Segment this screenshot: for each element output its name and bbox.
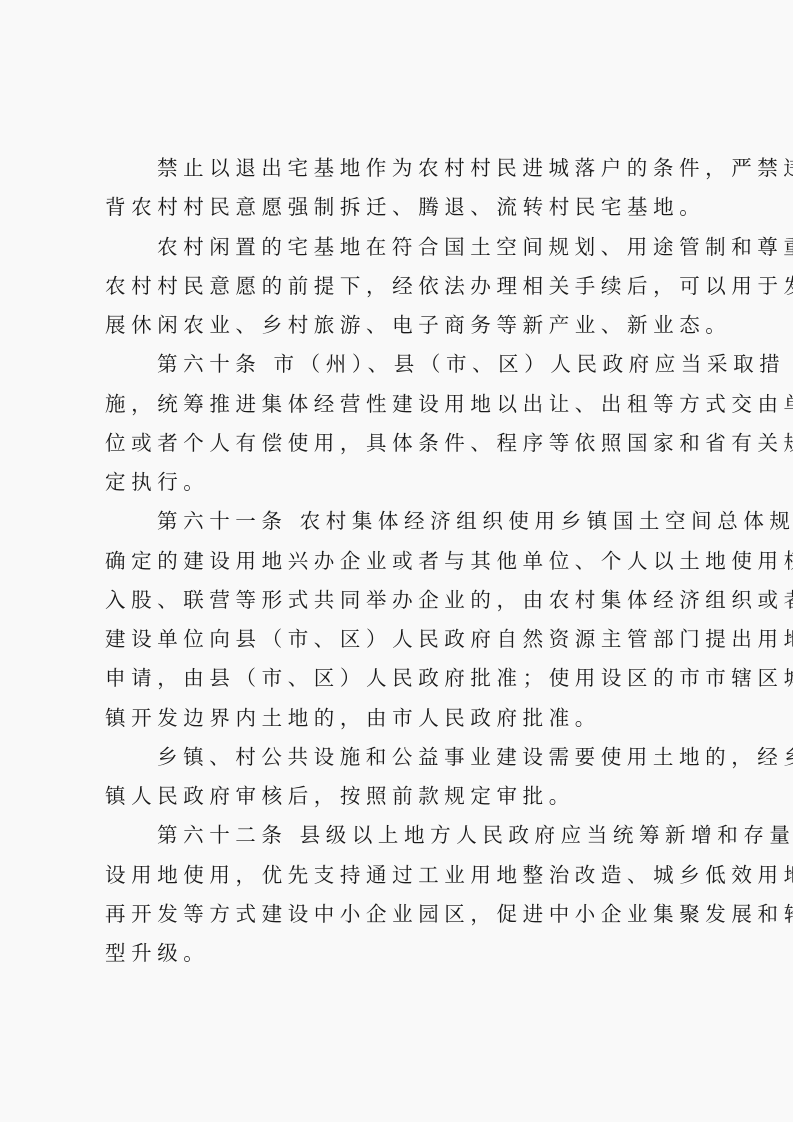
document-body: 禁止以退出宅基地作为农村村民进城落户的条件，严禁违 背农村村民意愿强制拆迁、腾退…: [105, 152, 705, 976]
paragraph-idle-homestead: 农村闲置的宅基地在符合国土空间规划、用途管制和尊重 农村村民意愿的前提下，经依法…: [105, 231, 705, 349]
paragraph-line: 再开发等方式建设中小企业园区，促进中小企业集聚发展和转: [105, 898, 705, 937]
paragraph-article-61: 第六十一条 农村集体经济组织使用乡镇国土空间总体规划 确定的建设用地兴办企业或者…: [105, 505, 705, 741]
paragraph-line: 设用地使用，优先支持通过工业用地整治改造、城乡低效用地: [105, 859, 705, 898]
paragraph-line: 乡镇、村公共设施和公益事业建设需要使用土地的，经乡: [105, 741, 705, 780]
paragraph-public-facilities: 乡镇、村公共设施和公益事业建设需要使用土地的，经乡 镇人民政府审核后，按照前款规…: [105, 741, 705, 820]
paragraph-line: 禁止以退出宅基地作为农村村民进城落户的条件，严禁违: [105, 152, 705, 191]
paragraph-line: 第六十一条 农村集体经济组织使用乡镇国土空间总体规划: [105, 505, 705, 544]
document-page: 禁止以退出宅基地作为农村村民进城落户的条件，严禁违 背农村村民意愿强制拆迁、腾退…: [0, 0, 793, 1122]
paragraph-article-60: 第六十条 市（州）、县（市、区）人民政府应当采取措 施，统筹推进集体经营性建设用…: [105, 348, 705, 505]
paragraph-line: 位或者个人有偿使用，具体条件、程序等依照国家和省有关规: [105, 427, 705, 466]
paragraph-line: 定执行。: [105, 466, 705, 505]
paragraph-line: 入股、联营等形式共同举办企业的，由农村集体经济组织或者: [105, 584, 705, 623]
paragraph-line: 申请，由县（市、区）人民政府批准；使用设区的市市辖区城: [105, 662, 705, 701]
paragraph-line: 确定的建设用地兴办企业或者与其他单位、个人以土地使用权: [105, 545, 705, 584]
paragraph-line: 展休闲农业、乡村旅游、电子商务等新产业、新业态。: [105, 309, 705, 348]
paragraph-prohibit-withdrawal: 禁止以退出宅基地作为农村村民进城落户的条件，严禁违 背农村村民意愿强制拆迁、腾退…: [105, 152, 705, 231]
paragraph-line: 农村村民意愿的前提下，经依法办理相关手续后，可以用于发: [105, 270, 705, 309]
paragraph-article-62: 第六十二条 县级以上地方人民政府应当统筹新增和存量建 设用地使用，优先支持通过工…: [105, 819, 705, 976]
paragraph-line: 镇人民政府审核后，按照前款规定审批。: [105, 780, 705, 819]
paragraph-line: 建设单位向县（市、区）人民政府自然资源主管部门提出用地: [105, 623, 705, 662]
paragraph-line: 第六十条 市（州）、县（市、区）人民政府应当采取措: [105, 348, 705, 387]
paragraph-line: 镇开发边界内土地的，由市人民政府批准。: [105, 702, 705, 741]
paragraph-line: 第六十二条 县级以上地方人民政府应当统筹新增和存量建: [105, 819, 705, 858]
paragraph-line: 施，统筹推进集体经营性建设用地以出让、出租等方式交由单: [105, 388, 705, 427]
paragraph-line: 型升级。: [105, 937, 705, 976]
paragraph-line: 农村闲置的宅基地在符合国土空间规划、用途管制和尊重: [105, 231, 705, 270]
paragraph-line: 背农村村民意愿强制拆迁、腾退、流转村民宅基地。: [105, 191, 705, 230]
